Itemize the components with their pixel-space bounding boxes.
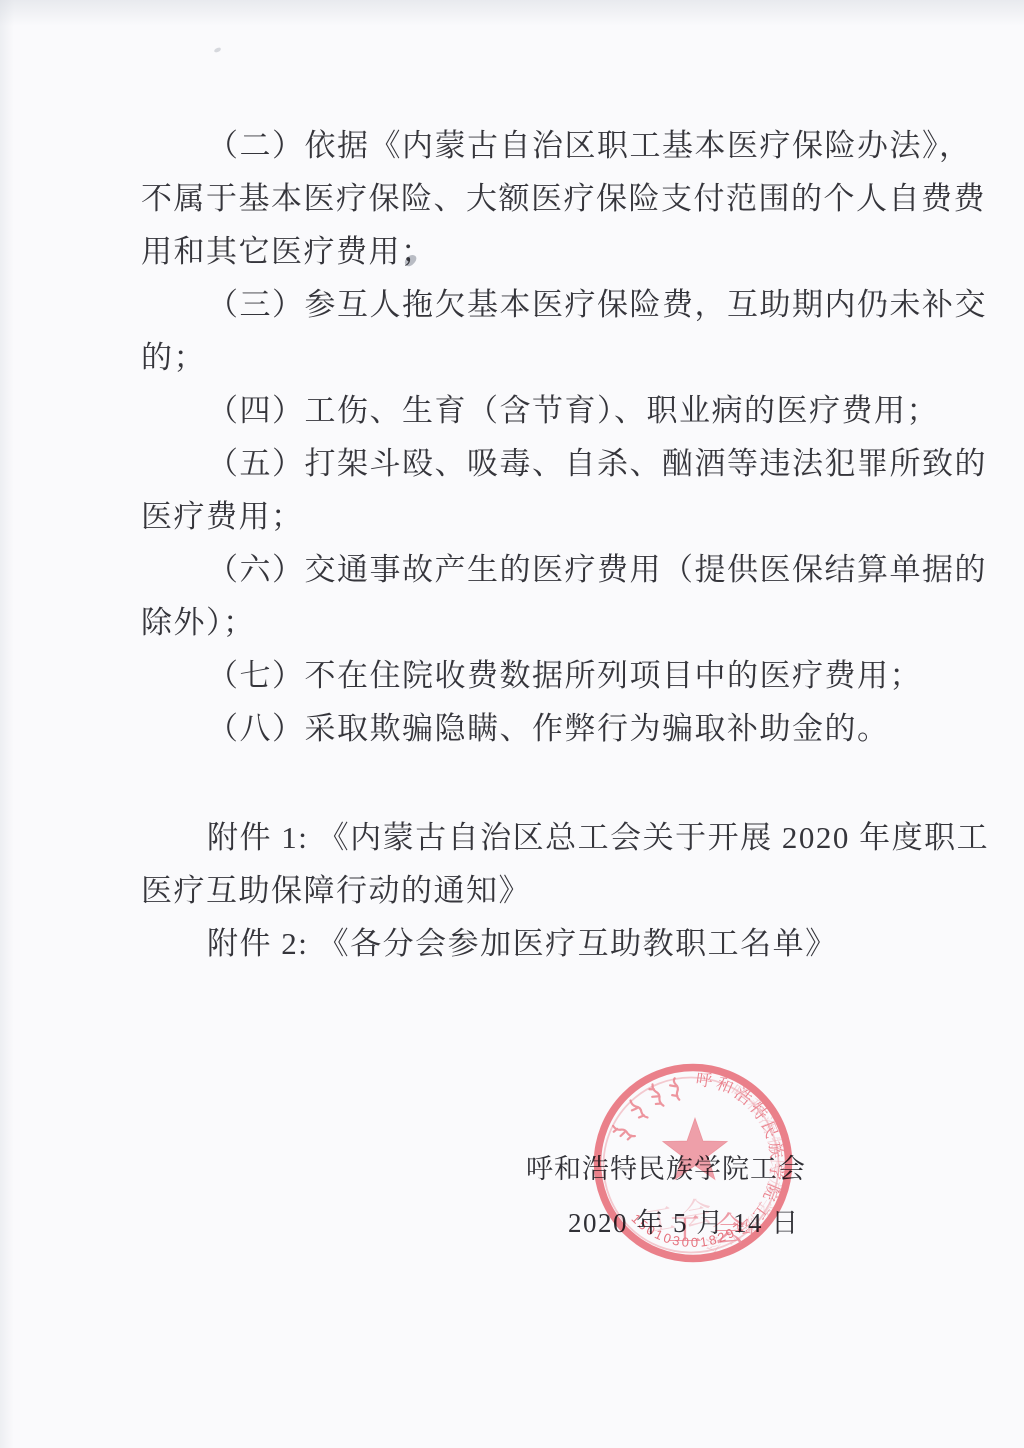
body-line: 除外）； [141,596,887,649]
seal-mongolian-script-icon [611,1078,681,1141]
body-line: （六）交通事故产生的医疗费用（提供医保结算单据的 [141,543,887,596]
body-line: （四）工伤、生育（含节育）、职业病的医疗费用； [141,384,887,437]
body-line: 不属于基本医疗保险、大额医疗保险支付范围的个人自费费 [141,172,887,225]
seal-star-icon [663,1118,728,1180]
body-line: （五）打架斗殴、吸毒、自杀、酗酒等违法犯罪所致的 [141,437,887,490]
attachment-line: 附件 1: 《内蒙古自治区总工会关于开展 2020 年度职工 [141,811,887,864]
document-body: （二）依据《内蒙古自治区职工基本医疗保险办法》， 不属于基本医疗保险、大额医疗保… [141,119,887,970]
body-line: 用和其它医疗费用； [141,225,887,278]
body-line: （七）不在住院收费数据所列项目中的医疗费用； [141,649,887,702]
body-line: （三）参互人拖欠基本医疗保险费，互助期内仍未补交 [141,278,887,331]
body-line: 的； [141,331,887,384]
body-line: 医疗费用； [141,490,887,543]
attachments-section: 附件 1: 《内蒙古自治区总工会关于开展 2020 年度职工 医疗互助保障行动的… [141,811,887,970]
scanned-document-page: （二）依据《内蒙古自治区职工基本医疗保险办法》， 不属于基本医疗保险、大额医疗保… [0,0,1024,1448]
scan-speck [214,47,222,53]
scan-shadow-top [0,0,1024,26]
body-line: （八）采取欺骗隐瞒、作弊行为骗取补助金的。 [141,702,887,755]
official-seal-stamp: 呼和浩特民族学院工会 呼和浩特民族学院工会 工会 工会 150103001829… [588,1058,798,1268]
attachment-line: 医疗互助保障行动的通知》 [141,864,887,917]
attachment-line: 附件 2: 《各分会参加医疗互助教职工名单》 [141,917,887,970]
scan-shadow-left [0,0,14,1448]
body-line: （二）依据《内蒙古自治区职工基本医疗保险办法》， [141,119,887,172]
